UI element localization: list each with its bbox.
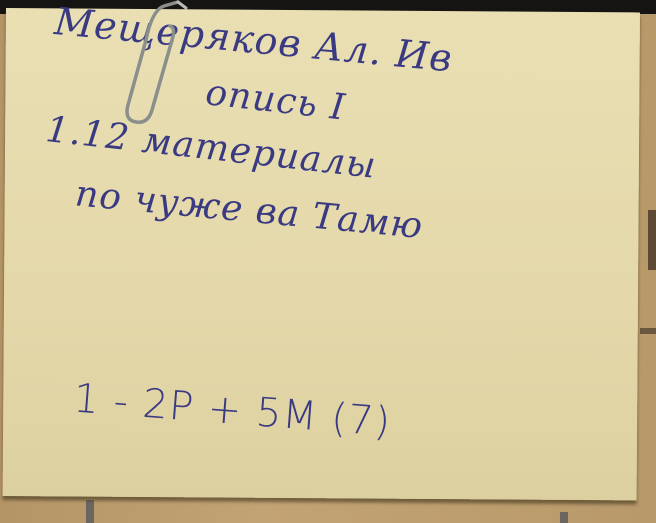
archive-card: Мещеряков Ал. Ив опись I 1.12 материалы …: [3, 8, 640, 500]
paperclip-icon: [118, 0, 198, 130]
handwritten-count-line: 1 - 2Р + 5М (7): [72, 375, 393, 445]
handwritten-name-line: Мещеряков Ал. Ив: [53, 0, 455, 80]
folder-tab: [648, 210, 656, 270]
folder-mark: [640, 328, 656, 334]
folder-mark: [560, 512, 568, 523]
folder-mark: [86, 500, 94, 523]
handwritten-inventory-line: опись I: [204, 72, 348, 128]
